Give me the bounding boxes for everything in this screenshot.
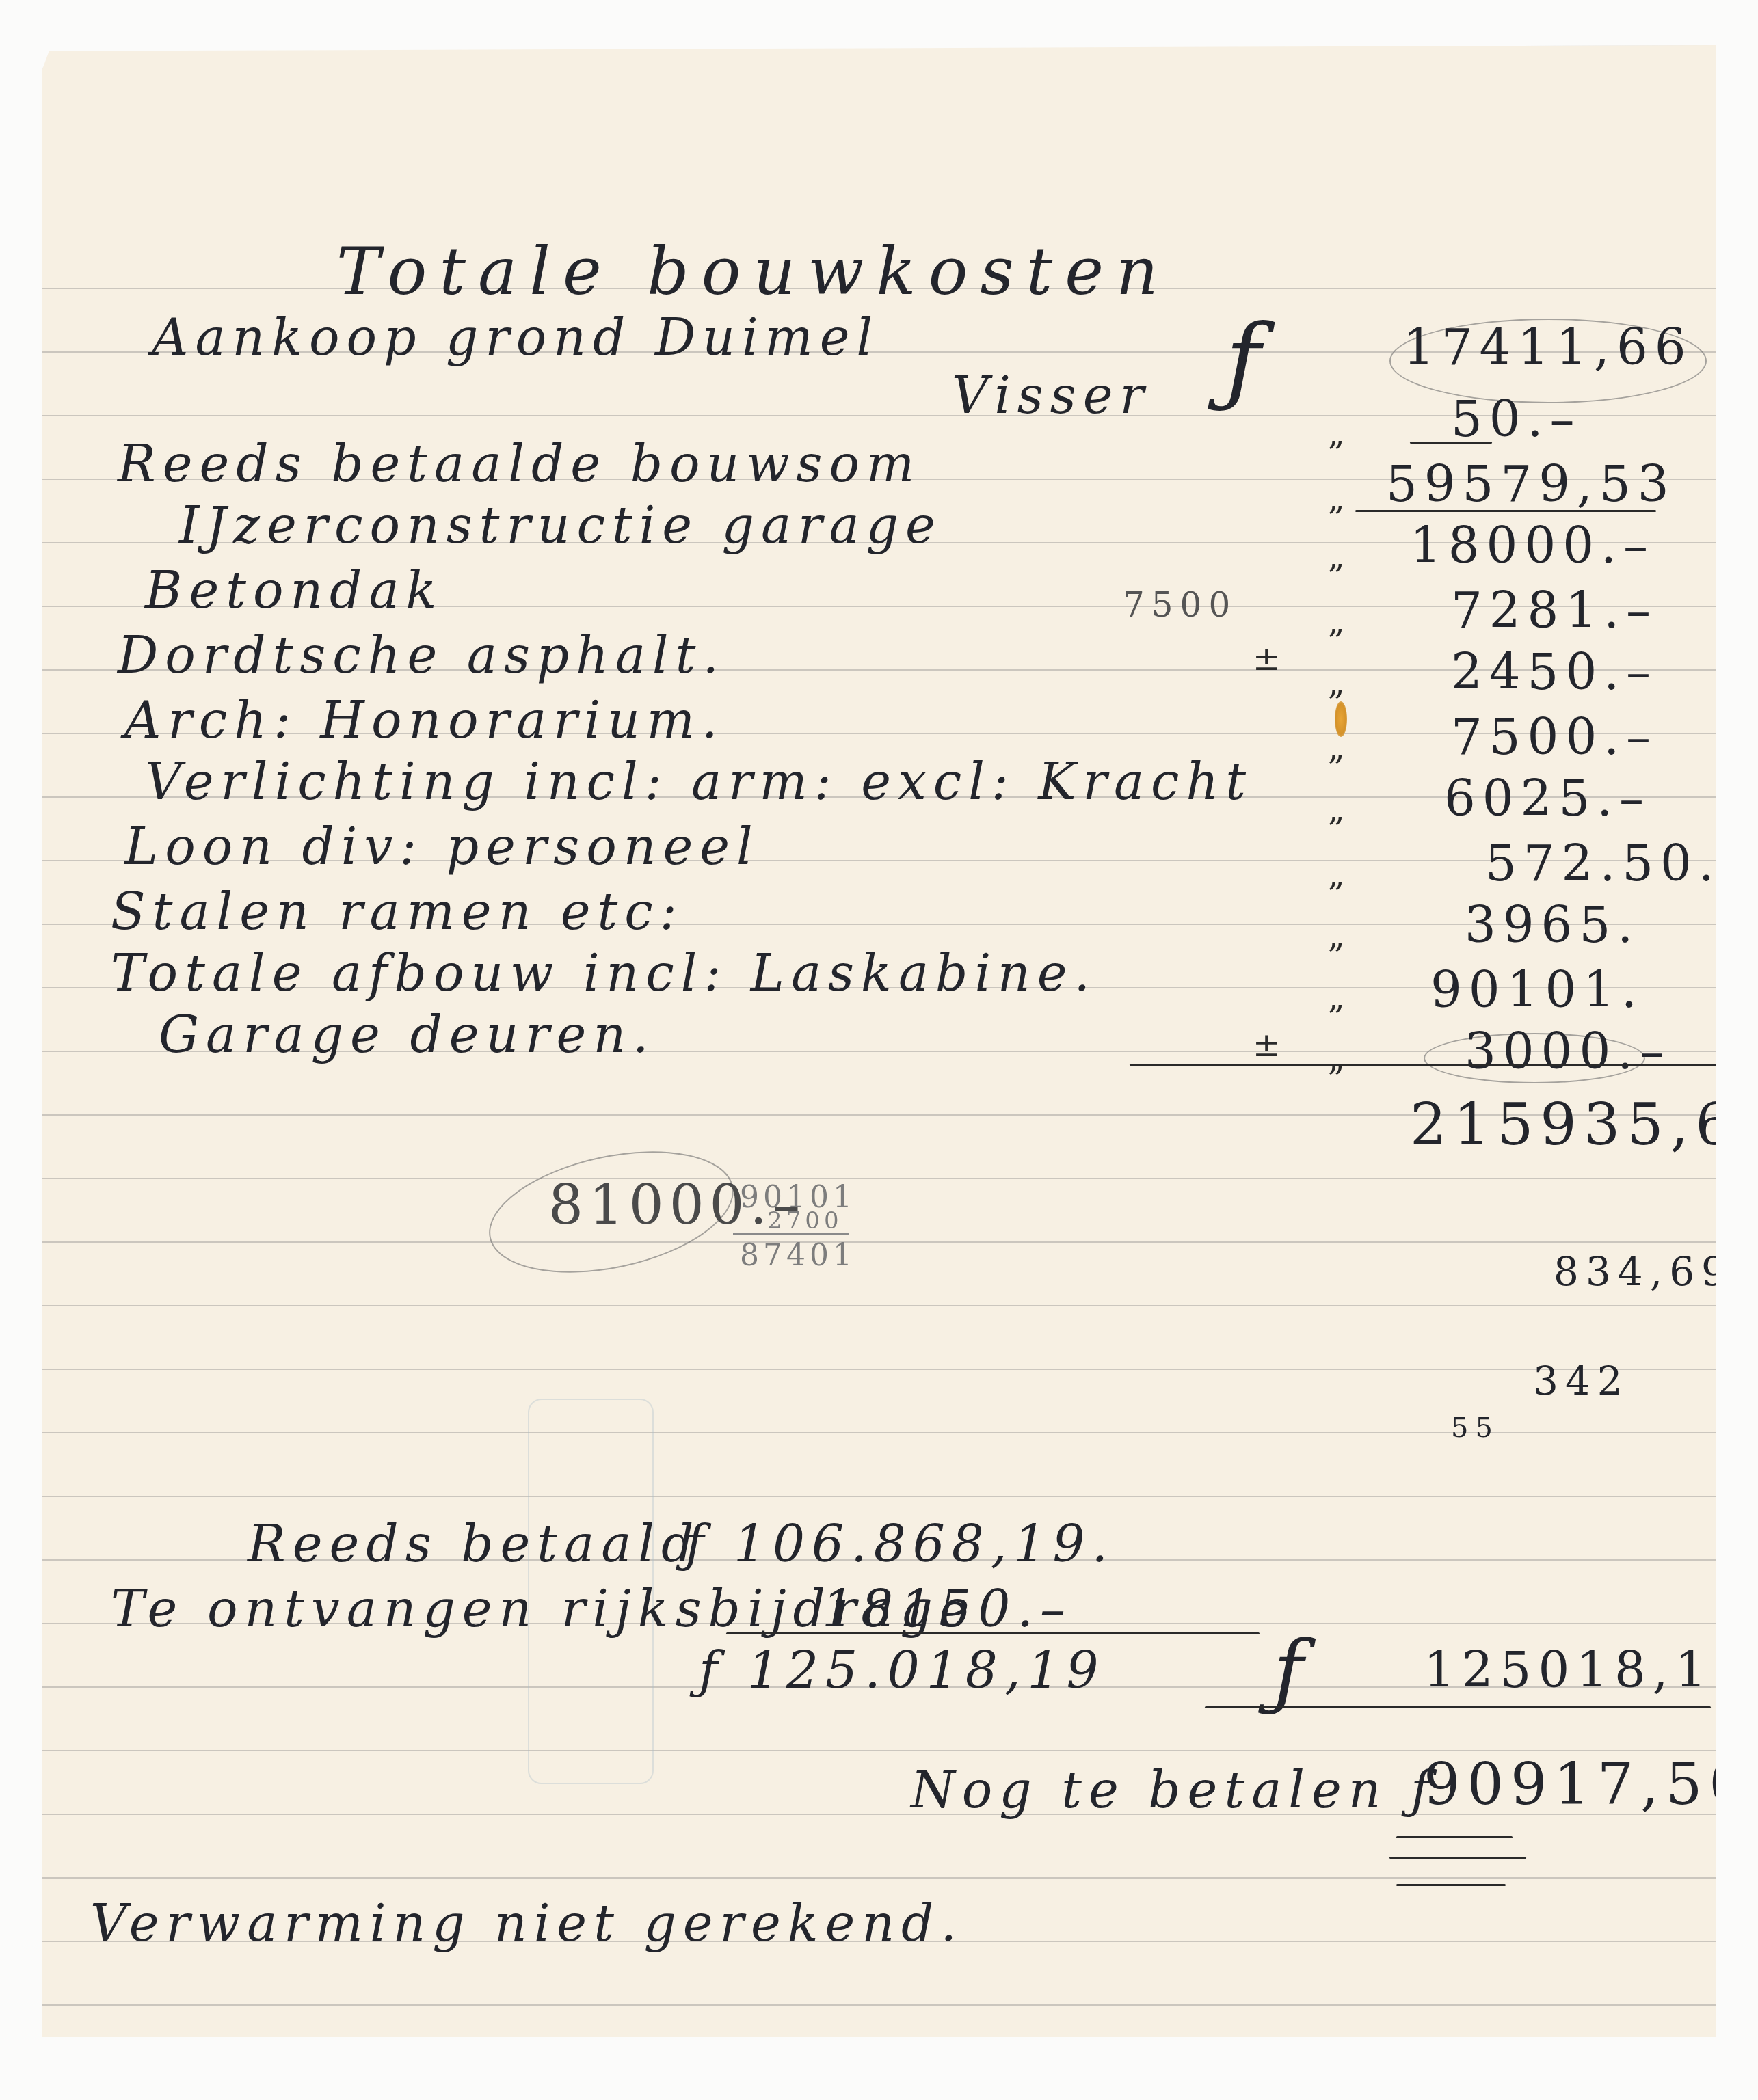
item-label: Dordtsche asphalt. [118,626,725,685]
ditto-mark: „ [1328,664,1349,702]
pencil-calc-line: 87401 [740,1238,856,1273]
ditto-mark: „ [1328,978,1349,1017]
sum-right-amount: 125018,19. [1424,1641,1758,1699]
ruled-line [42,1178,1716,1179]
pencil-calc-line: 2700 [767,1207,843,1235]
ruled-line [42,1305,1716,1306]
ditto-mark: „ [1328,1040,1349,1078]
paid-label: Reeds betaald [248,1515,700,1574]
item-amount: 17411,66 [1403,319,1693,376]
guilder-sign: ƒ [1273,1624,1316,1719]
ink-stain [1335,701,1347,737]
item-amount: 3000.– [1465,1023,1671,1080]
subsidy-amount: 18150.– [822,1580,1072,1639]
amount-underline [1410,442,1492,444]
item-amount: 6025.– [1444,770,1651,827]
side-value: 55 [1451,1412,1500,1444]
item-label: Stalen ramen etc: [111,883,684,941]
approx-mark: ± [1253,1026,1284,1064]
item-amount: 7500.– [1451,708,1657,766]
pencil-calc-rule [733,1233,849,1235]
item-label: Loon div: personeel [124,818,760,876]
ruled-line [42,1496,1716,1497]
ruled-line [42,2004,1716,2006]
paid-amount: ƒ 106.868,19. [685,1515,1115,1574]
double-underline [1389,1857,1526,1859]
sum-left-amount: ƒ 125.018,19 [699,1641,1106,1700]
remaining-label: Nog te betalen ƒ [911,1761,1436,1820]
item-amount: 572.50. [1485,835,1721,892]
item-label: Totale afbouw incl: Laskabine. [111,944,1097,1003]
total-rule [1130,1064,1718,1066]
double-underline [1396,1884,1506,1886]
ruled-line [42,1241,1716,1243]
paper-sheet: Totale bouwkosten Aankoop grond Duimel V… [42,45,1716,2037]
ruled-line [42,1877,1716,1879]
ditto-mark: „ [1328,537,1349,576]
item-label: Reeds betaalde bouwsom [118,435,921,494]
summary-rule [726,1632,1260,1634]
amount-underline [1355,510,1656,512]
document-title: Totale bouwkosten [336,233,1171,310]
item-amount: 90101. [1430,961,1644,1019]
item-amount: 59579,53 [1386,455,1676,513]
double-underline [1396,1836,1513,1838]
side-value: 342 [1533,1358,1629,1404]
item-amount: 18000.– [1410,517,1655,574]
item-amount: 7281.– [1451,582,1657,639]
item-amount: 50.– [1451,390,1582,448]
item-label: IJzerconstructie garage [179,496,942,555]
ditto-mark: „ [1328,855,1349,893]
item-label: Garage deuren. [159,1006,656,1064]
remaining-amount: 90917,50 [1424,1751,1753,1818]
ditto-mark: „ [1328,602,1349,641]
item-label: Arch: Honorarium. [124,691,725,750]
item-amount: 3965. [1465,896,1640,954]
ditto-mark: „ [1328,479,1349,517]
margin-note: 7500 [1123,585,1237,625]
item-label: Visser [952,366,1151,425]
ditto-mark: „ [1328,414,1349,453]
item-label: Aankoop grond Duimel [152,308,879,367]
subtotal-amount: 215935,69 [1410,1091,1758,1158]
footnote: Verwarming niet gerekend. [90,1894,963,1953]
side-value: 834,69 [1554,1248,1733,1295]
item-label: Betondak [145,561,443,620]
item-label: Verlichting incl: arm: excl: Kracht [145,753,1253,811]
guilder-sign: ƒ [1225,305,1273,416]
summary-rule [1205,1706,1711,1708]
ditto-mark: „ [1328,917,1349,955]
item-amount: 2450.– [1451,643,1657,701]
ditto-mark: „ [1328,790,1349,829]
approx-mark: ± [1253,640,1284,678]
ruled-line [42,1369,1716,1370]
